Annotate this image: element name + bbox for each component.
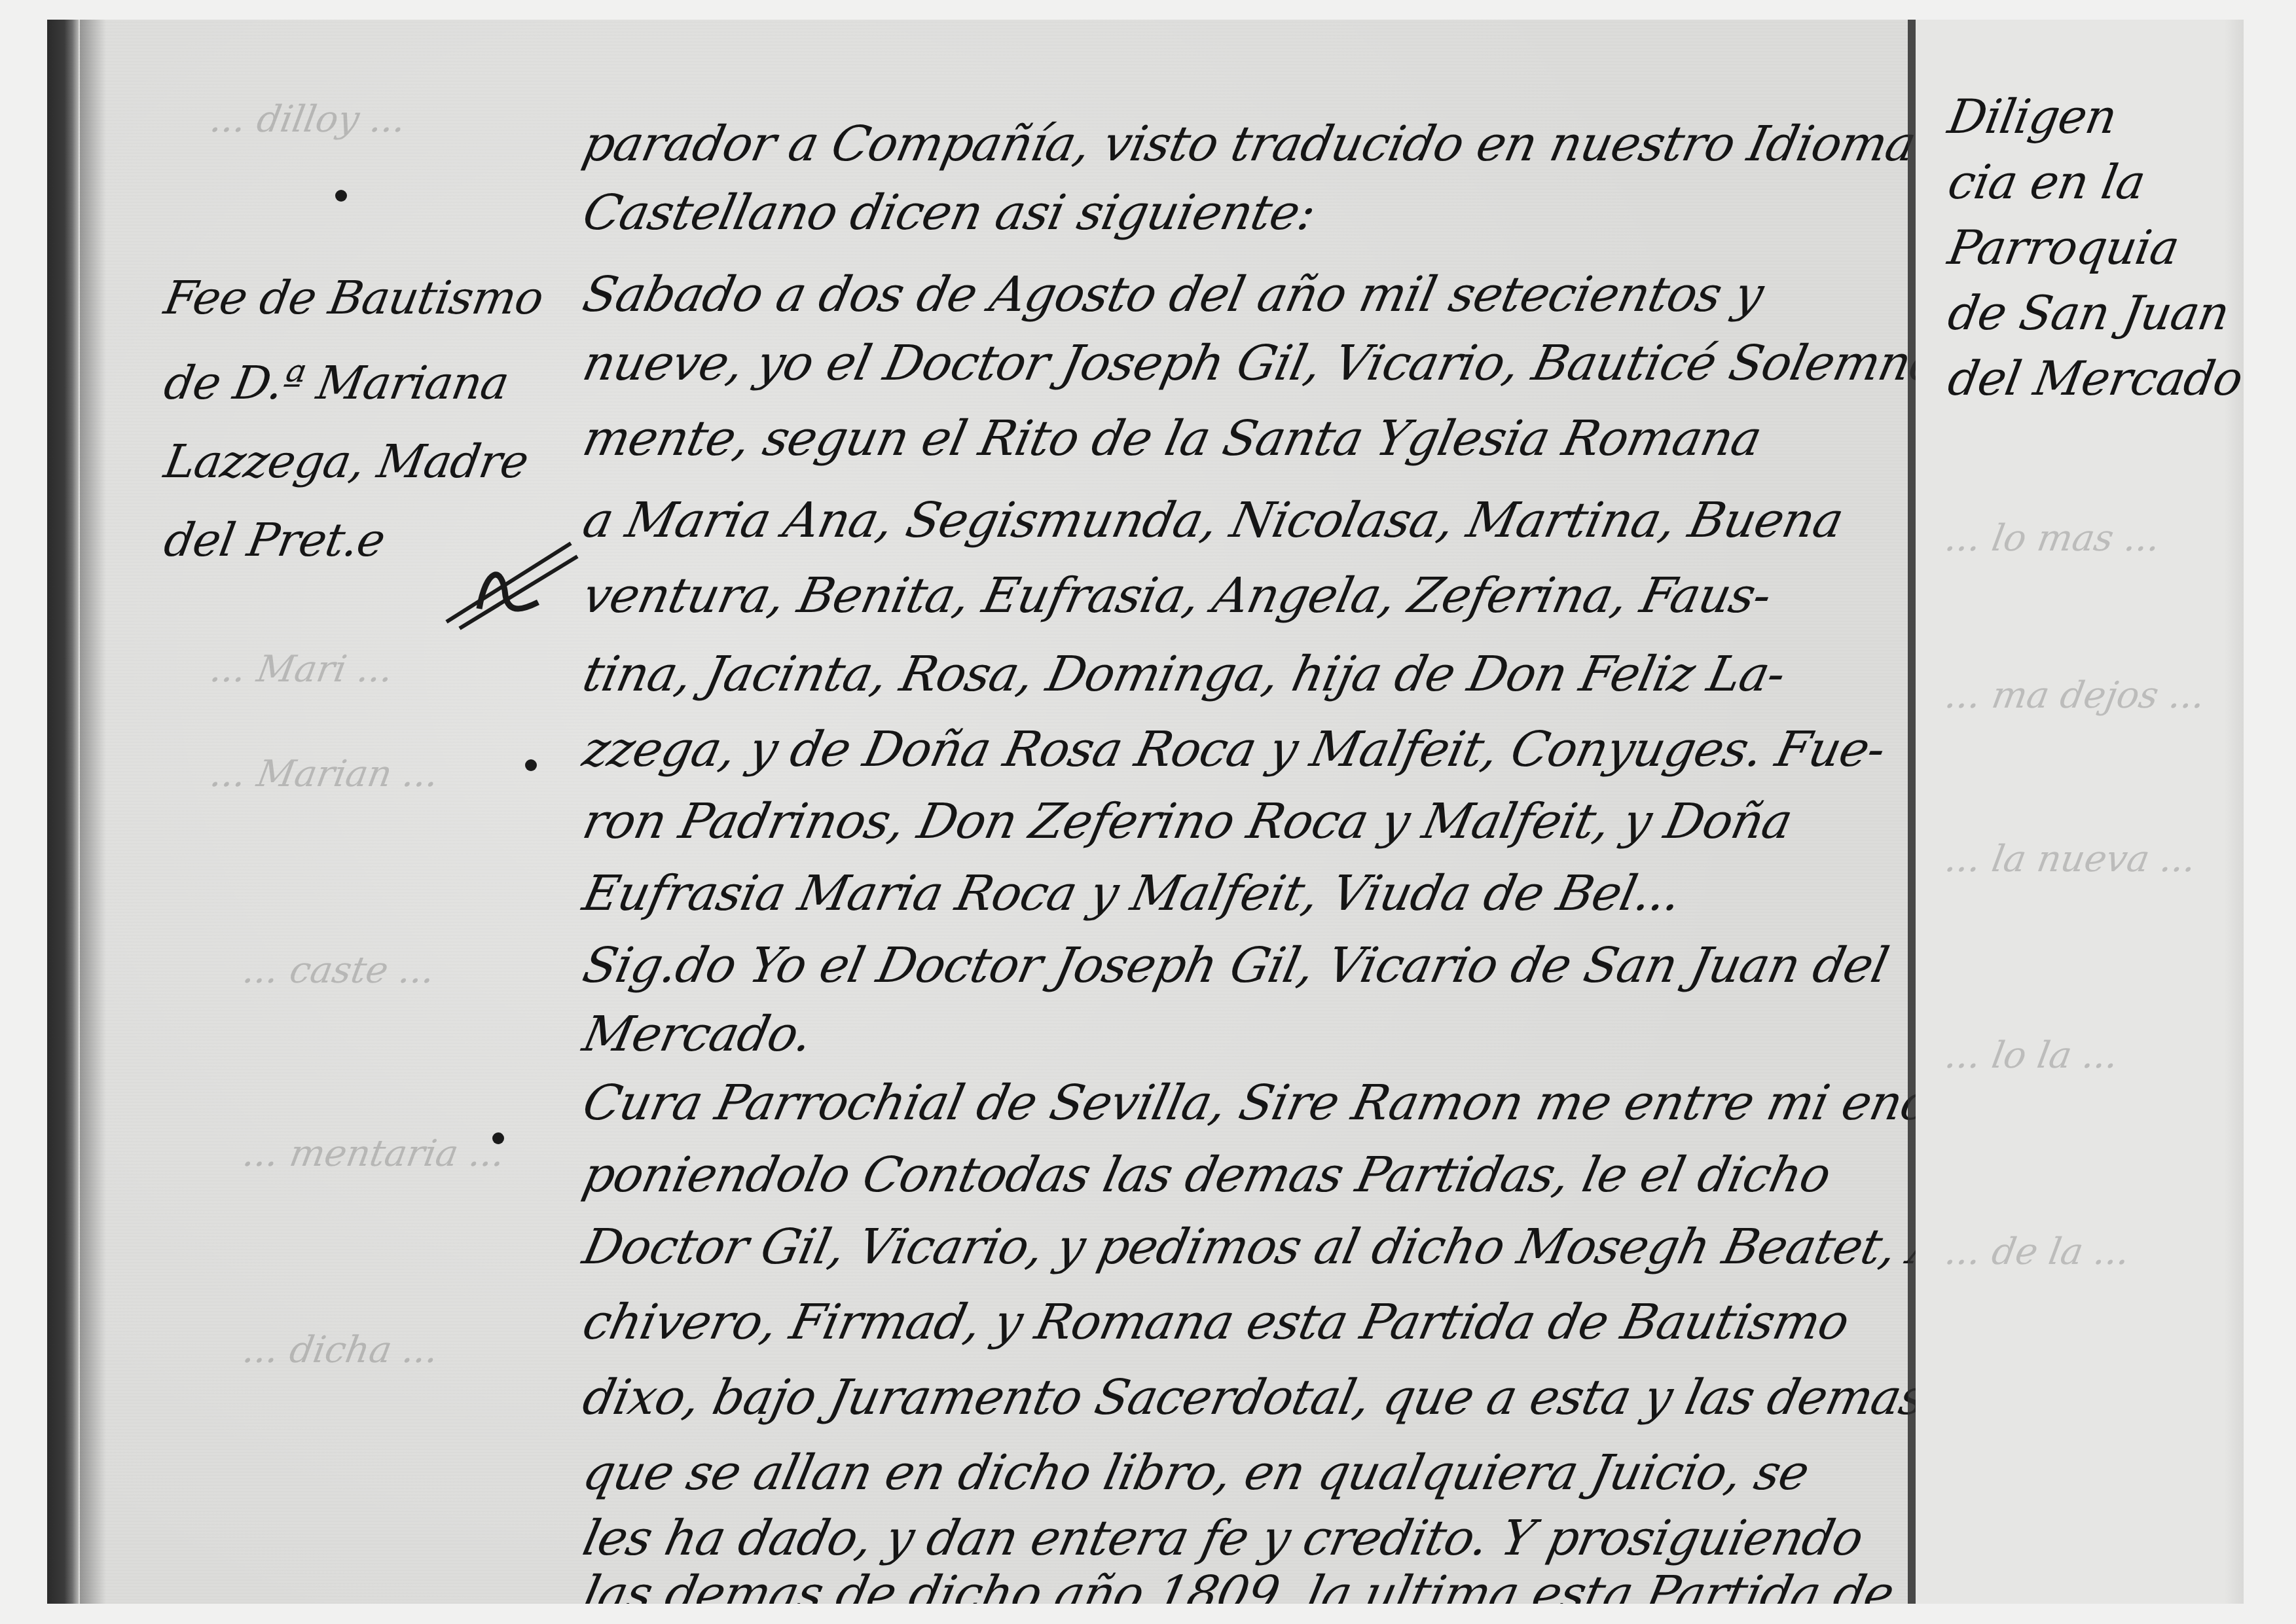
signature-flourish-icon bbox=[440, 530, 584, 635]
text-line: ventura, Benita, Eufrasia, Angela, Zefer… bbox=[577, 566, 1776, 625]
text-line: las demas de dicho año 1809. la ultima e… bbox=[577, 1564, 1899, 1604]
margin-note-line: del Mercado bbox=[1944, 347, 2244, 410]
bleed-through-text: ... lo la ... bbox=[1942, 1034, 2122, 1077]
bleed-through-text: ... dilloy ... bbox=[207, 98, 409, 141]
text-line: que se allan en dicho libro, en qualquie… bbox=[577, 1443, 1813, 1502]
margin-note-line: de San Juan bbox=[1944, 281, 2234, 344]
text-line: dixo, bajo Juramento Sacerdotal, que a e… bbox=[577, 1368, 1930, 1427]
text-line: Eufrasia Maria Roca y Malfeit, Viuda de … bbox=[577, 864, 1686, 923]
margin-note-line: de D.ª Mariana bbox=[158, 347, 514, 419]
text-line: a Maria Ana, Segismunda, Nicolasa, Marti… bbox=[577, 491, 1848, 550]
text-line: les ha dado, y dan entera fe y credito. … bbox=[577, 1509, 1868, 1568]
text-line: Doctor Gil, Vicario, y pedimos al dicho … bbox=[577, 1218, 1988, 1276]
bleed-through-text: ... mentaria ... bbox=[240, 1132, 508, 1175]
text-line: zzega, y de Doña Rosa Roca y Malfeit, Co… bbox=[577, 720, 1890, 779]
text-line: ron Padrinos, Don Zeferino Roca y Malfei… bbox=[577, 792, 1797, 851]
bleed-through-text: ... caste ... bbox=[240, 949, 438, 992]
bleed-through-text: ... la nueva ... bbox=[1942, 838, 2199, 880]
text-line: Sig.do Yo el Doctor Joseph Gil, Vicario … bbox=[577, 936, 1893, 995]
bleed-through-text: ... Marian ... bbox=[207, 753, 442, 795]
ink-dot bbox=[335, 190, 347, 202]
ink-dot bbox=[525, 759, 537, 771]
margin-note-line: Parroquia bbox=[1944, 216, 2184, 279]
binding-shadow bbox=[80, 20, 106, 1604]
text-line: mente, segun el Rito de la Santa Yglesia… bbox=[577, 409, 1766, 468]
manuscript-page: ... dilloy ... ... Mari ... ... Marian .… bbox=[47, 20, 2244, 1604]
text-line: chivero, Firmad, y Romana esta Partida d… bbox=[577, 1293, 1853, 1352]
bleed-through-text: ... ma dejos ... bbox=[1942, 674, 2208, 717]
margin-rule-line bbox=[1908, 20, 1916, 1604]
text-line: nueve, yo el Doctor Joseph Gil, Vicario,… bbox=[577, 334, 1944, 393]
bleed-through-text: ... lo mas ... bbox=[1942, 517, 2164, 560]
margin-note-line: Fee de Bautismo bbox=[158, 262, 549, 334]
book-binding bbox=[47, 20, 79, 1604]
ink-dot bbox=[492, 1132, 504, 1144]
text-line: poniendolo Contodas las demas Partidas, … bbox=[577, 1146, 1835, 1204]
text-line: tina, Jacinta, Rosa, Dominga, hija de Do… bbox=[577, 645, 1790, 704]
margin-note-line: Diligen bbox=[1944, 85, 2122, 148]
page-edge bbox=[2224, 20, 2244, 1604]
text-line: Mercado. bbox=[577, 1005, 817, 1064]
margin-note-line: cia en la bbox=[1944, 151, 2150, 213]
bleed-through-text: ... Mari ... bbox=[207, 648, 396, 691]
text-line: Castellano dicen asi siguiente: bbox=[577, 183, 1321, 242]
margin-note-line: Lazzega, Madre bbox=[158, 425, 534, 497]
text-line: Sabado a dos de Agosto del año mil setec… bbox=[577, 265, 1768, 324]
margin-note-line: del Pret.e bbox=[158, 504, 390, 576]
bleed-through-text: ... dicha ... bbox=[240, 1329, 441, 1371]
text-line: parador a Compañía, visto traducido en n… bbox=[577, 115, 1920, 173]
bleed-through-text: ... de la ... bbox=[1942, 1231, 2133, 1273]
